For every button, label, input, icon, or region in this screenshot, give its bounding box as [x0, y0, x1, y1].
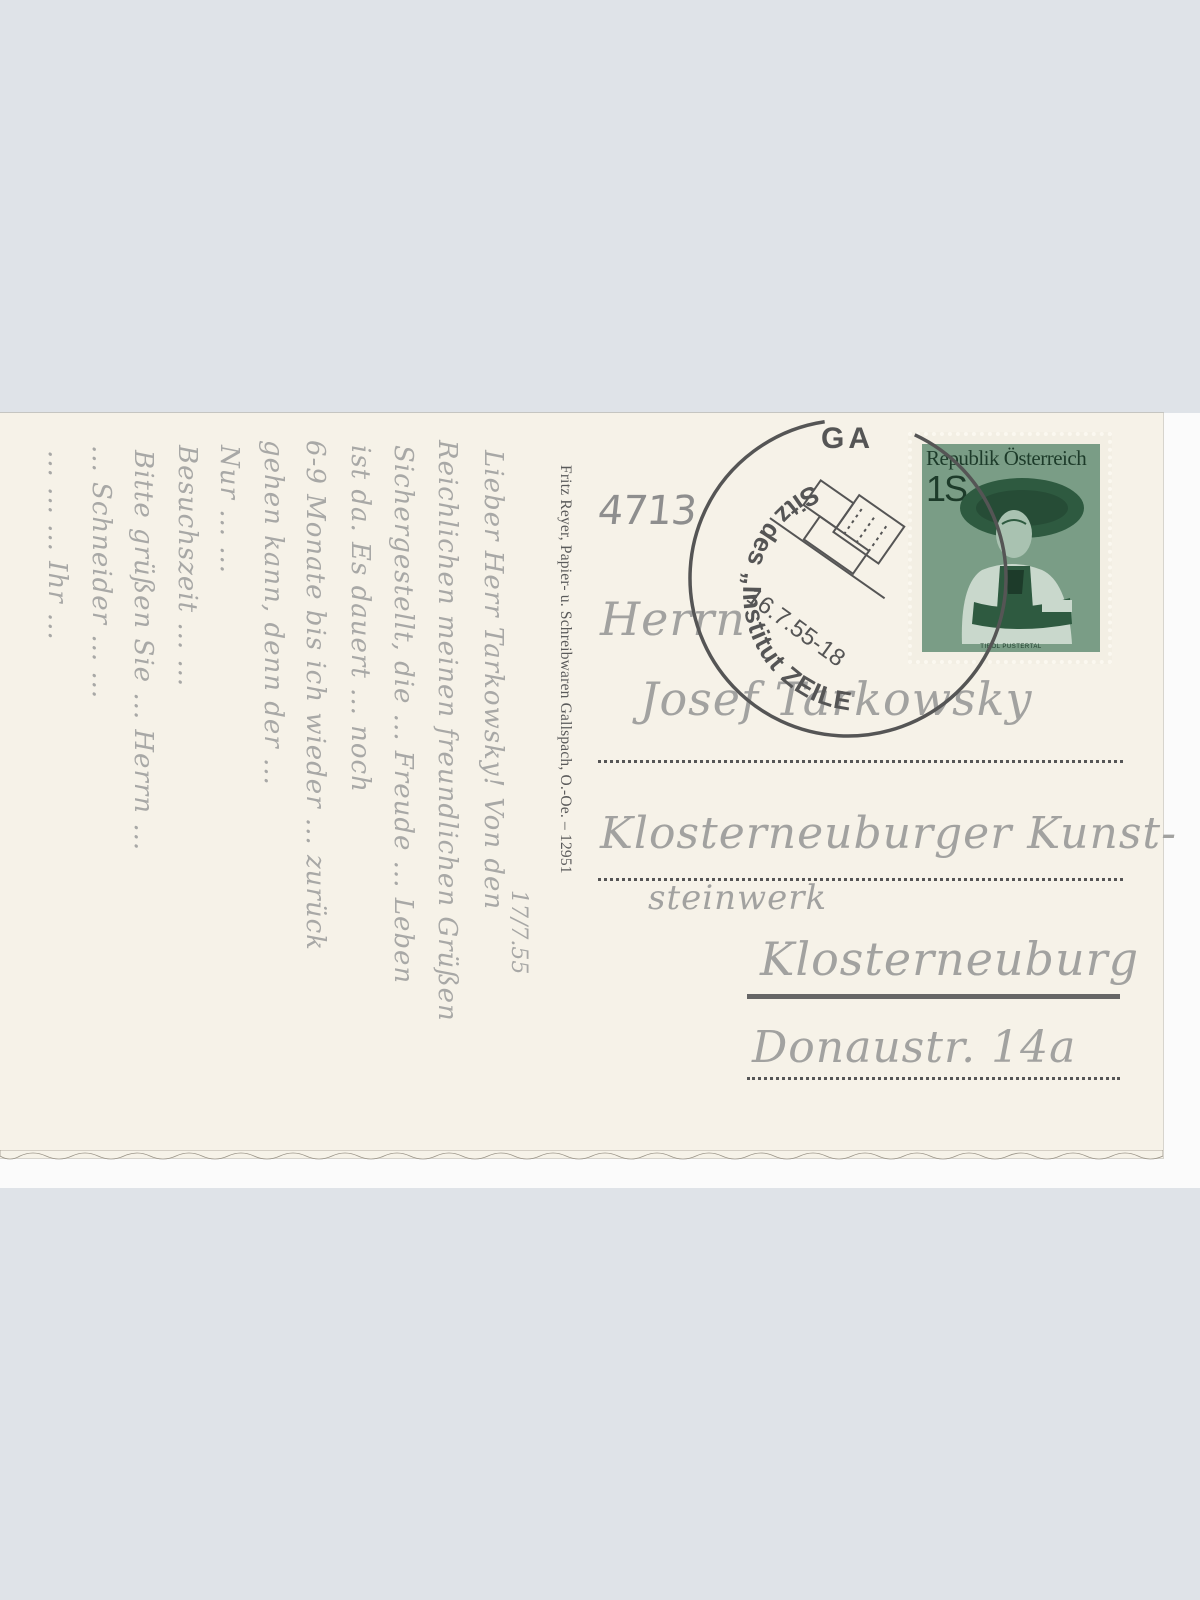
message-line: ... Schneider ... ...	[86, 445, 126, 1145]
printer-imprint-text: Fritz Reyer, Papier- u. Schreibwaren Gal…	[556, 465, 574, 874]
message-line: Besuchszeit ... ...	[172, 445, 212, 1145]
address-line: Klosterneuburg	[760, 932, 1139, 986]
printer-imprint: Fritz Reyer, Papier- u. Schreibwaren Gal…	[548, 465, 588, 1105]
postmark: GA Sitz des „Institut ZEILEIS" 16.7.55-1…	[683, 410, 1013, 745]
message-line: 6-9 Monate bis ich wieder ... zurück	[300, 440, 340, 1140]
message-line: Sichergestellt, die ... Freude ... Leben	[388, 445, 428, 1145]
message-line: ... ... ... Ihr ...	[42, 450, 82, 1150]
message-line: gehen kann, denn der ...	[258, 440, 298, 1140]
message-line: Lieber Herr Tarkowsky! Von den	[478, 450, 518, 1150]
message-line: Nur ... ...	[214, 445, 254, 1145]
address-rule	[747, 994, 1120, 999]
svg-text:Sitz des „Institut ZEILEIS": Sitz des „Institut ZEILEIS"	[683, 410, 855, 717]
message-date: 17/7.55	[505, 890, 535, 970]
postmark-cancellation: GA Sitz des „Institut ZEILEIS" 16.7.55-1…	[683, 410, 1013, 745]
address-rule	[747, 1077, 1120, 1080]
message-line: Reichlichen meinen freundlichen Grüßen	[432, 440, 472, 1140]
address-line: Donaustr. 14a	[752, 1022, 1076, 1073]
address-line: steinwerk	[648, 878, 827, 918]
postmark-town: GA	[821, 422, 874, 455]
message-line: Bitte grüßen Sie ... Herrn ...	[128, 450, 168, 1150]
address-rule	[598, 760, 1123, 763]
deckle-edge-bottom	[0, 1150, 1163, 1164]
building-icon	[770, 461, 925, 599]
postmark-arc-text: Sitz des „Institut ZEILEIS"	[683, 410, 855, 717]
message-line: ist da. Es dauert ... noch	[345, 445, 385, 1145]
address-line: Klosterneuburger Kunst-	[600, 808, 1177, 859]
